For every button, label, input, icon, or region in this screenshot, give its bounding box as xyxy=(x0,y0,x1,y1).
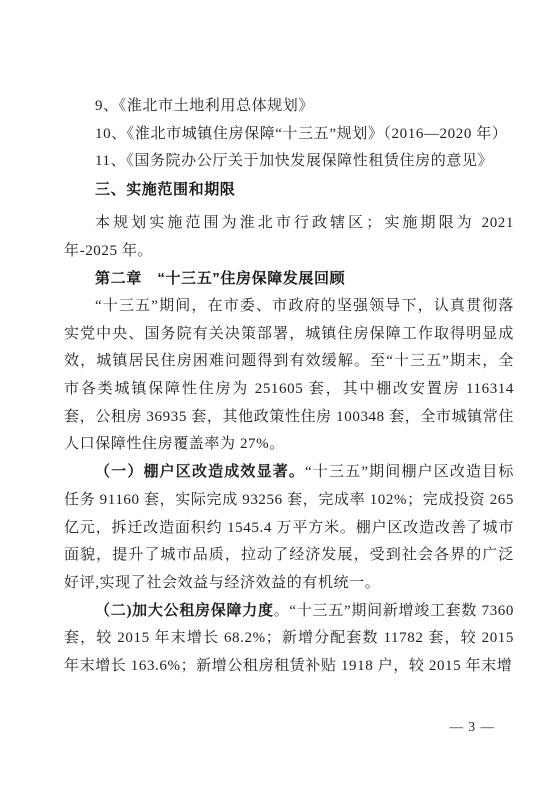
shantytown-paragraph-lead: （一）棚户区改造成效显著。 xyxy=(95,464,305,480)
document-page-content: 9、《淮北市土地利用总体规划》 10、《淮北市城镇住房保障“十三五”规划》（20… xyxy=(64,93,514,681)
public-rental-paragraph-lead: （二)加大公租房保障力度 xyxy=(95,603,274,619)
reference-list-item-11: 11、《国务院办公厅关于加快发展保障性租赁住房的意见》 xyxy=(64,148,514,176)
public-rental-housing-paragraph: （二)加大公租房保障力度。“十三五”期间新增竣工套数 7360 套，较 2015… xyxy=(64,598,514,681)
page-number: — 3 — xyxy=(450,719,496,735)
section-heading-scope-and-term: 三、实施范围和期限 xyxy=(64,176,514,204)
reference-list-item-9: 9、《淮北市土地利用总体规划》 xyxy=(64,93,514,121)
reference-list-item-10: 10、《淮北市城镇住房保障“十三五”规划》（2016—2020 年） xyxy=(64,121,514,149)
shantytown-paragraph-body: “十三五”期间棚户区改造目标任务 91160 套，实际完成 93256 套，完成… xyxy=(64,464,514,591)
review-overview-paragraph: “十三五”期间，在市委、市政府的坚强领导下，认真贯彻落实党中央、国务院有关决策部… xyxy=(64,293,514,459)
chapter-heading: 第二章 “十三五”住房保障发展回顾 xyxy=(64,265,514,293)
scope-paragraph: 本规划实施范围为淮北市行政辖区；实施期限为 2021 年-2025 年。 xyxy=(64,210,514,265)
shantytown-renovation-paragraph: （一）棚户区改造成效显著。“十三五”期间棚户区改造目标任务 91160 套，实际… xyxy=(64,459,514,598)
